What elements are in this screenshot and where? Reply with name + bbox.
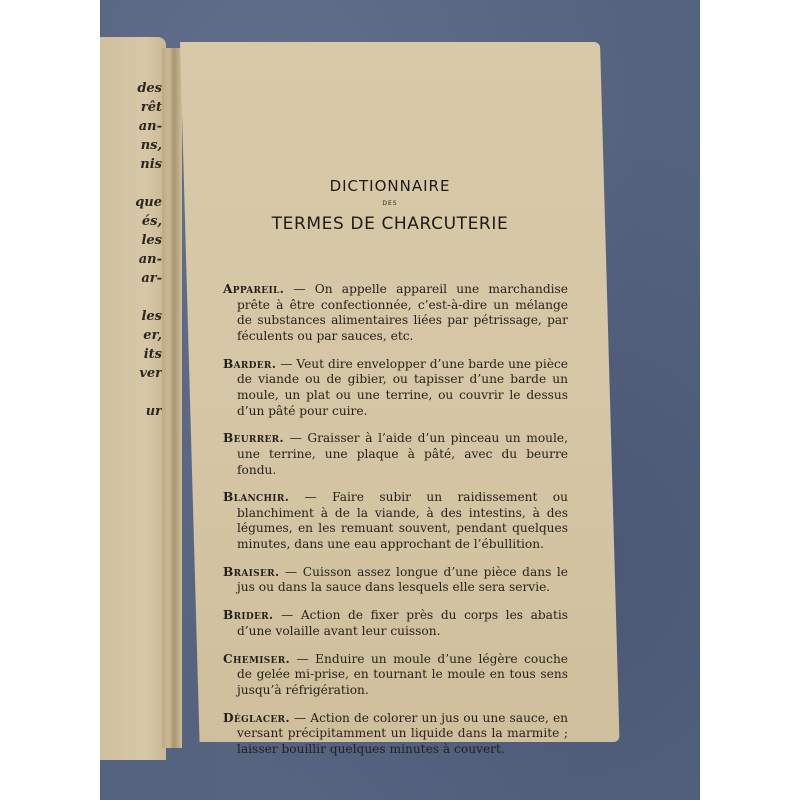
left-page-text-fragment: que: [135, 195, 162, 210]
left-page-text-fragment: rêt: [141, 100, 162, 115]
entry-term: Blanchir.: [223, 490, 289, 504]
entry-term: Brider.: [223, 608, 273, 622]
entry-term: Barder.: [223, 357, 276, 371]
left-page: desrêtan-ns,nisqueés,lesan-ar-leser,itsv…: [100, 37, 166, 760]
entry-term: Braiser.: [223, 565, 279, 579]
dictionary-entry: Chemiser. — Enduire un moule d’une légèr…: [223, 652, 568, 699]
dictionary-entry: Blanchir. — Faire subir un raidissement …: [223, 490, 568, 552]
page-subtitle: TERMES DE CHARCUTERIE: [180, 214, 600, 234]
entry-term: Appareil.: [223, 282, 284, 296]
left-page-text-fragment: ur: [146, 404, 162, 419]
entry-definition: — On appelle appareil une marchandise pr…: [237, 282, 568, 343]
dictionary-entries: Appareil. — On appelle appareil une marc…: [223, 270, 568, 763]
left-page-text-fragment: its: [144, 347, 162, 362]
entry-term: Déglacer.: [223, 711, 290, 725]
left-page-text-fragment: des: [137, 81, 162, 96]
entry-definition: — Cuisson assez longue d’une pièce dans …: [237, 565, 568, 595]
left-page-text-fragment: er,: [143, 328, 162, 343]
page-title: DICTIONNAIRE: [180, 177, 600, 195]
dictionary-entry: Braiser. — Cuisson assez longue d’une pi…: [223, 565, 568, 596]
left-page-text-fragment: les: [141, 309, 162, 324]
dictionary-entry: Barder. — Veut dire envelopper d’une bar…: [223, 357, 568, 419]
left-page-text-fragment: an-: [139, 119, 162, 134]
book-gutter: [162, 48, 182, 748]
dictionary-entry: Appareil. — On appelle appareil une marc…: [223, 282, 568, 344]
dictionary-entry: Déglacer. — Action de colorer un jus ou …: [223, 711, 568, 758]
entry-definition: — Action de fixer près du corps les abat…: [237, 608, 568, 638]
right-page: DICTIONNAIRE DES TERMES DE CHARCUTERIE A…: [180, 42, 600, 742]
left-page-text-fragment: les: [141, 233, 162, 248]
left-page-text-fragment: ver: [139, 366, 162, 381]
entry-term: Chemiser.: [223, 652, 290, 666]
left-page-text-fragment: nis: [140, 157, 162, 172]
entry-definition: — Veut dire envelopper d’une barde une p…: [237, 357, 568, 418]
entry-term: Beurrer.: [223, 431, 284, 445]
entry-definition: — Graisser à l’aide d’un pinceau un moul…: [237, 431, 568, 476]
left-page-text-fragment: an-: [139, 252, 162, 267]
left-page-text-fragment: ar-: [141, 271, 162, 286]
title-connector: DES: [180, 200, 600, 207]
left-page-text-fragment: és,: [142, 214, 162, 229]
left-page-text-fragment: ns,: [141, 138, 162, 153]
dictionary-entry: Beurrer. — Graisser à l’aide d’un pincea…: [223, 431, 568, 478]
dictionary-entry: Brider. — Action de fixer près du corps …: [223, 608, 568, 639]
